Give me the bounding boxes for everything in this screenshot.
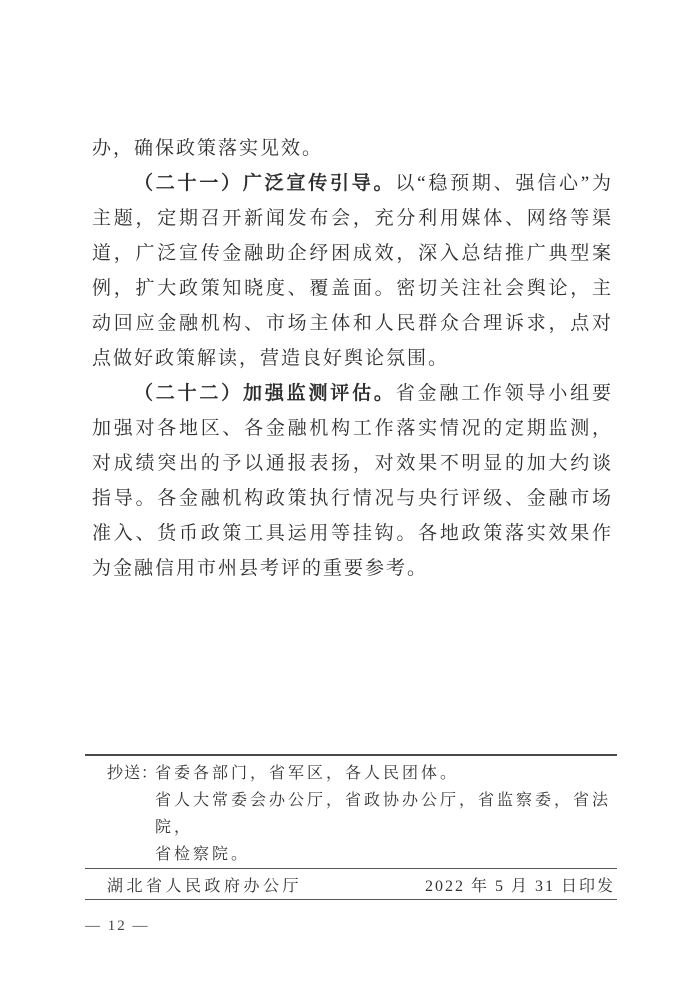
paragraph-21-heading: （二十一）广泛宣传引导。 (134, 173, 395, 194)
paragraph-21: （二十一）广泛宣传引导。以“稳预期、强信心”为主题，定期召开新闻发布会，充分利用… (92, 166, 613, 376)
cc-label: 抄送： (107, 760, 158, 787)
paragraph-21-text: 以“稳预期、强信心”为主题，定期召开新闻发布会，充分利用媒体、网络等渠道，广泛宣… (92, 173, 613, 369)
cc-line-1: 省委各部门，省军区，各人民团体。 (155, 760, 617, 787)
document-body: 办，确保政策落实见效。 （二十一）广泛宣传引导。以“稳预期、强信心”为主题，定期… (92, 131, 613, 586)
footer-bottom-rule (85, 899, 617, 900)
cc-block: 抄送： 省委各部门，省军区，各人民团体。 省人大常委会办公厅，省政协办公厅，省监… (85, 756, 617, 868)
paragraph-22-heading: （二十二）加强监测评估。 (134, 383, 396, 404)
cc-line-3: 省检察院。 (155, 841, 617, 868)
paragraph-22-text: 省金融工作领导小组要加强对各地区、各金融机构工作落实情况的定期监测，对成绩突出的… (92, 383, 613, 579)
document-footer: 抄送： 省委各部门，省军区，各人民团体。 省人大常委会办公厅，省政协办公厅，省监… (85, 754, 617, 900)
cc-line-2: 省人大常委会办公厅，省政协办公厅，省监察委，省法院， (155, 787, 617, 841)
paragraph-22: （二十二）加强监测评估。省金融工作领导小组要加强对各地区、各金融机构工作落实情况… (92, 376, 613, 586)
issuer-name: 湖北省人民政府办公厅 (107, 873, 302, 896)
document-page: 办，确保政策落实见效。 （二十一）广泛宣传引导。以“稳预期、强信心”为主题，定期… (0, 0, 700, 990)
page-number: — 12 — (85, 918, 150, 935)
print-date: 2022 年 5 月 31 日印发 (425, 873, 615, 896)
paragraph-continuation: 办，确保政策落实见效。 (92, 131, 613, 166)
issuer-row: 湖北省人民政府办公厅 2022 年 5 月 31 日印发 (85, 869, 617, 899)
